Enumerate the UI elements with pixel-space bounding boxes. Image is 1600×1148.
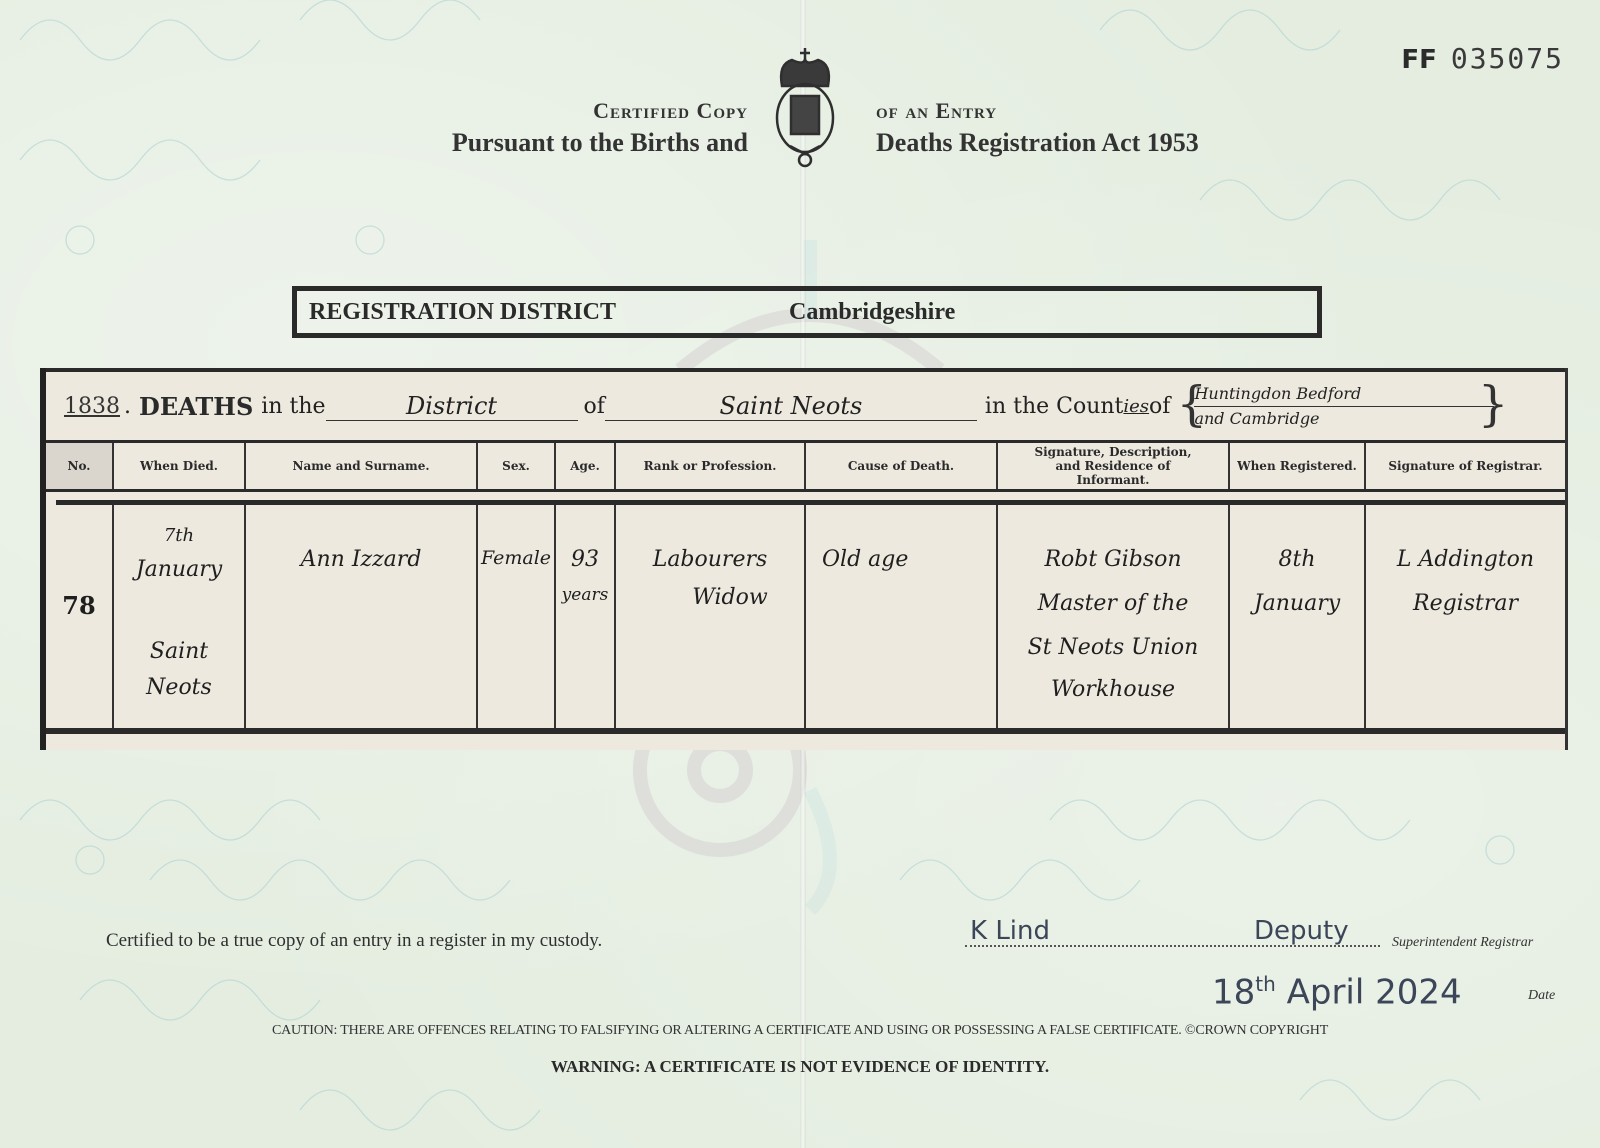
col-header-cause: Cause of Death. [806, 443, 998, 489]
cell-sex: Female [478, 505, 556, 731]
column-headers: No. When Died. Name and Surname. Sex. Ag… [46, 443, 1565, 489]
heading-certified-copy: Certified Copy [452, 96, 748, 126]
deceased-age: 93 [556, 547, 614, 572]
cell-name: Ann Izzard [246, 505, 478, 731]
deceased-sex: Female [478, 547, 554, 569]
date-suffix: th [1255, 972, 1276, 996]
superintendent-registrar-label: Superintendent Registrar [1392, 935, 1533, 951]
heading-pursuant: Pursuant to the Births and [452, 126, 748, 160]
informant-line-2: Master of the [998, 591, 1228, 616]
rule [46, 728, 1565, 734]
cause-of-death: Old age [806, 547, 996, 572]
signature-deputy: Deputy [1254, 916, 1349, 946]
date-day: 18 [1212, 972, 1255, 1012]
cell-cause: Old age [806, 505, 998, 731]
counties-line-2: and Cambridge [1194, 407, 1494, 431]
informant-line-4: Workhouse [998, 677, 1228, 702]
in-the-label: in the [261, 394, 325, 419]
rank-line-2: Widow [616, 585, 804, 610]
col-header-when-registered: When Registered. [1230, 443, 1366, 489]
royal-coat-of-arms-icon [770, 46, 840, 168]
register-heading-line: 1838 . DEATHS in the District of Saint N… [46, 372, 1565, 440]
col-header-sex: Sex. [478, 443, 556, 489]
certificate-date: 18th April 2024 [1212, 972, 1462, 1012]
cell-when-registered: 8th January [1230, 505, 1366, 731]
cell-no: 78 [46, 505, 114, 731]
cell-informant: Robt Gibson Master of the St Neots Union… [998, 505, 1230, 731]
deceased-age-unit: years [556, 585, 614, 605]
superintendent-signature: K Lind [970, 916, 1050, 946]
when-died-place-1: Saint [114, 639, 244, 664]
informant-line-1: Robt Gibson [998, 547, 1228, 572]
col-header-when-died: When Died. [114, 443, 246, 489]
counties-field: { Huntingdon Bedford and Cambridge } [1176, 382, 1494, 431]
brace-right-icon: } [1478, 380, 1509, 428]
cell-age: 93 years [556, 505, 616, 731]
when-died-place-2: Neots [114, 675, 244, 700]
district-word: District [326, 392, 578, 421]
col-header-no: No. [46, 443, 114, 489]
serial-number: 035075 [1451, 42, 1564, 75]
counties-line-1: Huntingdon Bedford [1194, 382, 1494, 407]
cell-registrar: L Addington Registrar [1366, 505, 1565, 731]
col-header-name: Name and Surname. [246, 443, 478, 489]
heading-of-an-entry: of an Entry [876, 96, 1199, 126]
counties-suffix: ies [1123, 396, 1149, 417]
rank-line-1: Labourers [616, 547, 804, 572]
in-the-county-label: in the Count [985, 394, 1123, 419]
col-header-informant: Signature, Description, and Residence of… [998, 443, 1230, 489]
entry-number: 78 [46, 591, 112, 620]
of-label-2: of [1149, 394, 1170, 419]
register-entry-row: 78 7th January Saint Neots Ann Izzard Fe… [46, 505, 1565, 731]
registration-district-label: REGISTRATION DISTRICT [309, 299, 789, 326]
registrar-signature: L Addington [1366, 547, 1565, 572]
informant-line-3: St Neots Union [998, 635, 1228, 660]
heading-act: Deaths Registration Act 1953 [876, 126, 1199, 160]
serial-prefix: FF [1401, 45, 1437, 75]
when-died-day: 7th [114, 525, 244, 546]
of-label: of [584, 394, 605, 419]
date-month-year: April 2024 [1287, 972, 1462, 1012]
registered-day: 8th [1230, 547, 1364, 572]
when-died-month: January [114, 557, 244, 582]
col-header-age: Age. [556, 443, 616, 489]
cell-when-died: 7th January Saint Neots [114, 505, 246, 731]
register-year: 1838 [64, 394, 120, 419]
brace-left-icon: { [1176, 380, 1207, 428]
registered-month: January [1230, 591, 1364, 616]
register-entry-copy: 1838 . DEATHS in the District of Saint N… [40, 368, 1568, 750]
warning-notice: WARNING: A CERTIFICATE IS NOT EVIDENCE O… [0, 1057, 1600, 1077]
registration-district-value: Cambridgeshire [789, 299, 955, 326]
date-label: Date [1528, 988, 1555, 1004]
cell-rank: Labourers Widow [616, 505, 806, 731]
registrar-title: Registrar [1366, 591, 1565, 616]
col-header-registrar: Signature of Registrar. [1366, 443, 1565, 489]
caution-notice: CAUTION: THERE ARE OFFENCES RELATING TO … [0, 1023, 1600, 1039]
deaths-label: DEATHS [139, 392, 253, 421]
registration-district-box: REGISTRATION DISTRICT Cambridgeshire [292, 286, 1322, 338]
heading-left: Certified Copy Pursuant to the Births an… [452, 96, 748, 160]
certified-statement: Certified to be a true copy of an entry … [106, 930, 602, 952]
district-place: Saint Neots [605, 392, 977, 421]
certificate-serial: FF035075 [1401, 42, 1564, 75]
heading-right: of an Entry Deaths Registration Act 1953 [876, 96, 1199, 160]
deceased-name: Ann Izzard [246, 547, 476, 572]
rule [46, 489, 1565, 492]
col-header-rank: Rank or Profession. [616, 443, 806, 489]
